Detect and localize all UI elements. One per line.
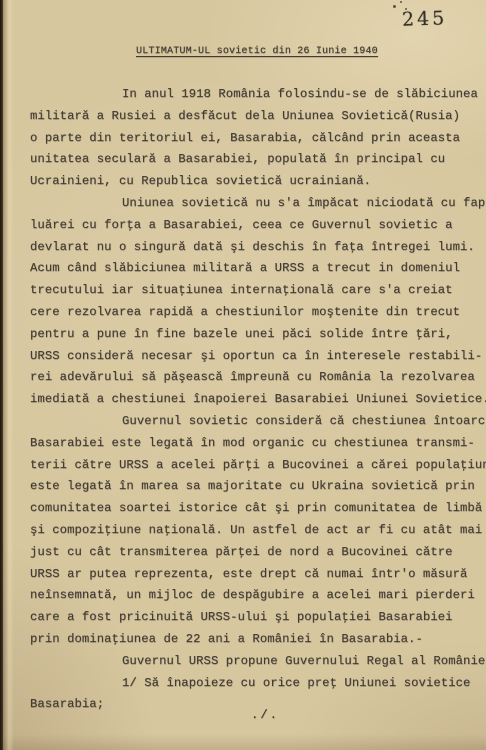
- text-line: neînsemnată, un mijloc de despăgubire a …: [30, 585, 482, 607]
- text-line: luărei cu forţa a Basarabiei, ceea ce Gu…: [30, 215, 482, 237]
- text-line: Acum când slăbiciunea militară a URSS a …: [30, 258, 482, 280]
- text-line: 1/ Să înapoieze cu orice preţ Uniunei so…: [30, 673, 482, 695]
- text-line: Guvernul URSS propune Guvernului Regal a…: [30, 651, 482, 673]
- text-line: Guvernul sovietic consideră că chestiune…: [30, 411, 482, 433]
- document-title: ULTIMATUM-UL sovietic din 26 Iunie 1940: [136, 46, 378, 57]
- text-line: pentru a pune în fine bazele unei păci s…: [30, 324, 482, 346]
- document-body: In anul 1918 România folosindu-se de slă…: [30, 84, 482, 716]
- text-line: URSS ar putea reprezenta, este drept că …: [30, 564, 482, 586]
- text-line: rei adevărului să păşească împreună cu R…: [30, 367, 482, 389]
- text-line: este legată în marea sa majoritate cu Uk…: [30, 476, 482, 498]
- text-line: o parte din teritoriul ei, Basarabia, că…: [30, 128, 482, 150]
- text-line: just cu cât transmiterea părţei de nord …: [30, 542, 482, 564]
- text-line: Basarabiei este legată în mod organic cu…: [30, 433, 482, 455]
- page-number: 245: [402, 7, 448, 31]
- text-line: comunitatea soartei istorice cât şi prin…: [30, 498, 482, 520]
- text-line: unitatea seculară a Basarabiei, populată…: [30, 149, 482, 171]
- text-line: imediată a chestiunei înapoierei Basarab…: [30, 389, 482, 411]
- text-line: prin dominaţiunea de 22 ani a României î…: [30, 629, 482, 651]
- text-line: terii către URSS a acelei părţi a Bucovi…: [30, 455, 482, 477]
- text-line: Uniunea sovietică nu s'a împăcat nicioda…: [30, 193, 482, 215]
- text-line: cere rezolvarea rapidă a chestiunilor mo…: [30, 302, 482, 324]
- text-line: Ucrainieni, cu Republica sovietică ucrai…: [30, 171, 482, 193]
- text-line: care a fost pricinuită URSS-ului şi popu…: [30, 607, 482, 629]
- text-line: militară a Rusiei a desfăcut dela Uniune…: [30, 106, 482, 128]
- text-line: URSS consideră necesar şi oportun ca în …: [30, 346, 482, 368]
- text-line: In anul 1918 România folosindu-se de slă…: [30, 84, 482, 106]
- ink-speck: [393, 5, 396, 8]
- ink-speck: [400, 1, 402, 3]
- page-left-edge-shadow: [3, 0, 14, 750]
- text-line: devlarat nu o singură dată şi deschis în…: [30, 237, 482, 259]
- continuation-mark: ./.: [0, 708, 486, 722]
- text-line: şi compoziţiune naţională. Un astfel de …: [30, 520, 482, 542]
- document-page: 245 ULTIMATUM-UL sovietic din 26 Iunie 1…: [0, 0, 486, 750]
- text-line: trecutului iar situaţiunea internaţional…: [30, 280, 482, 302]
